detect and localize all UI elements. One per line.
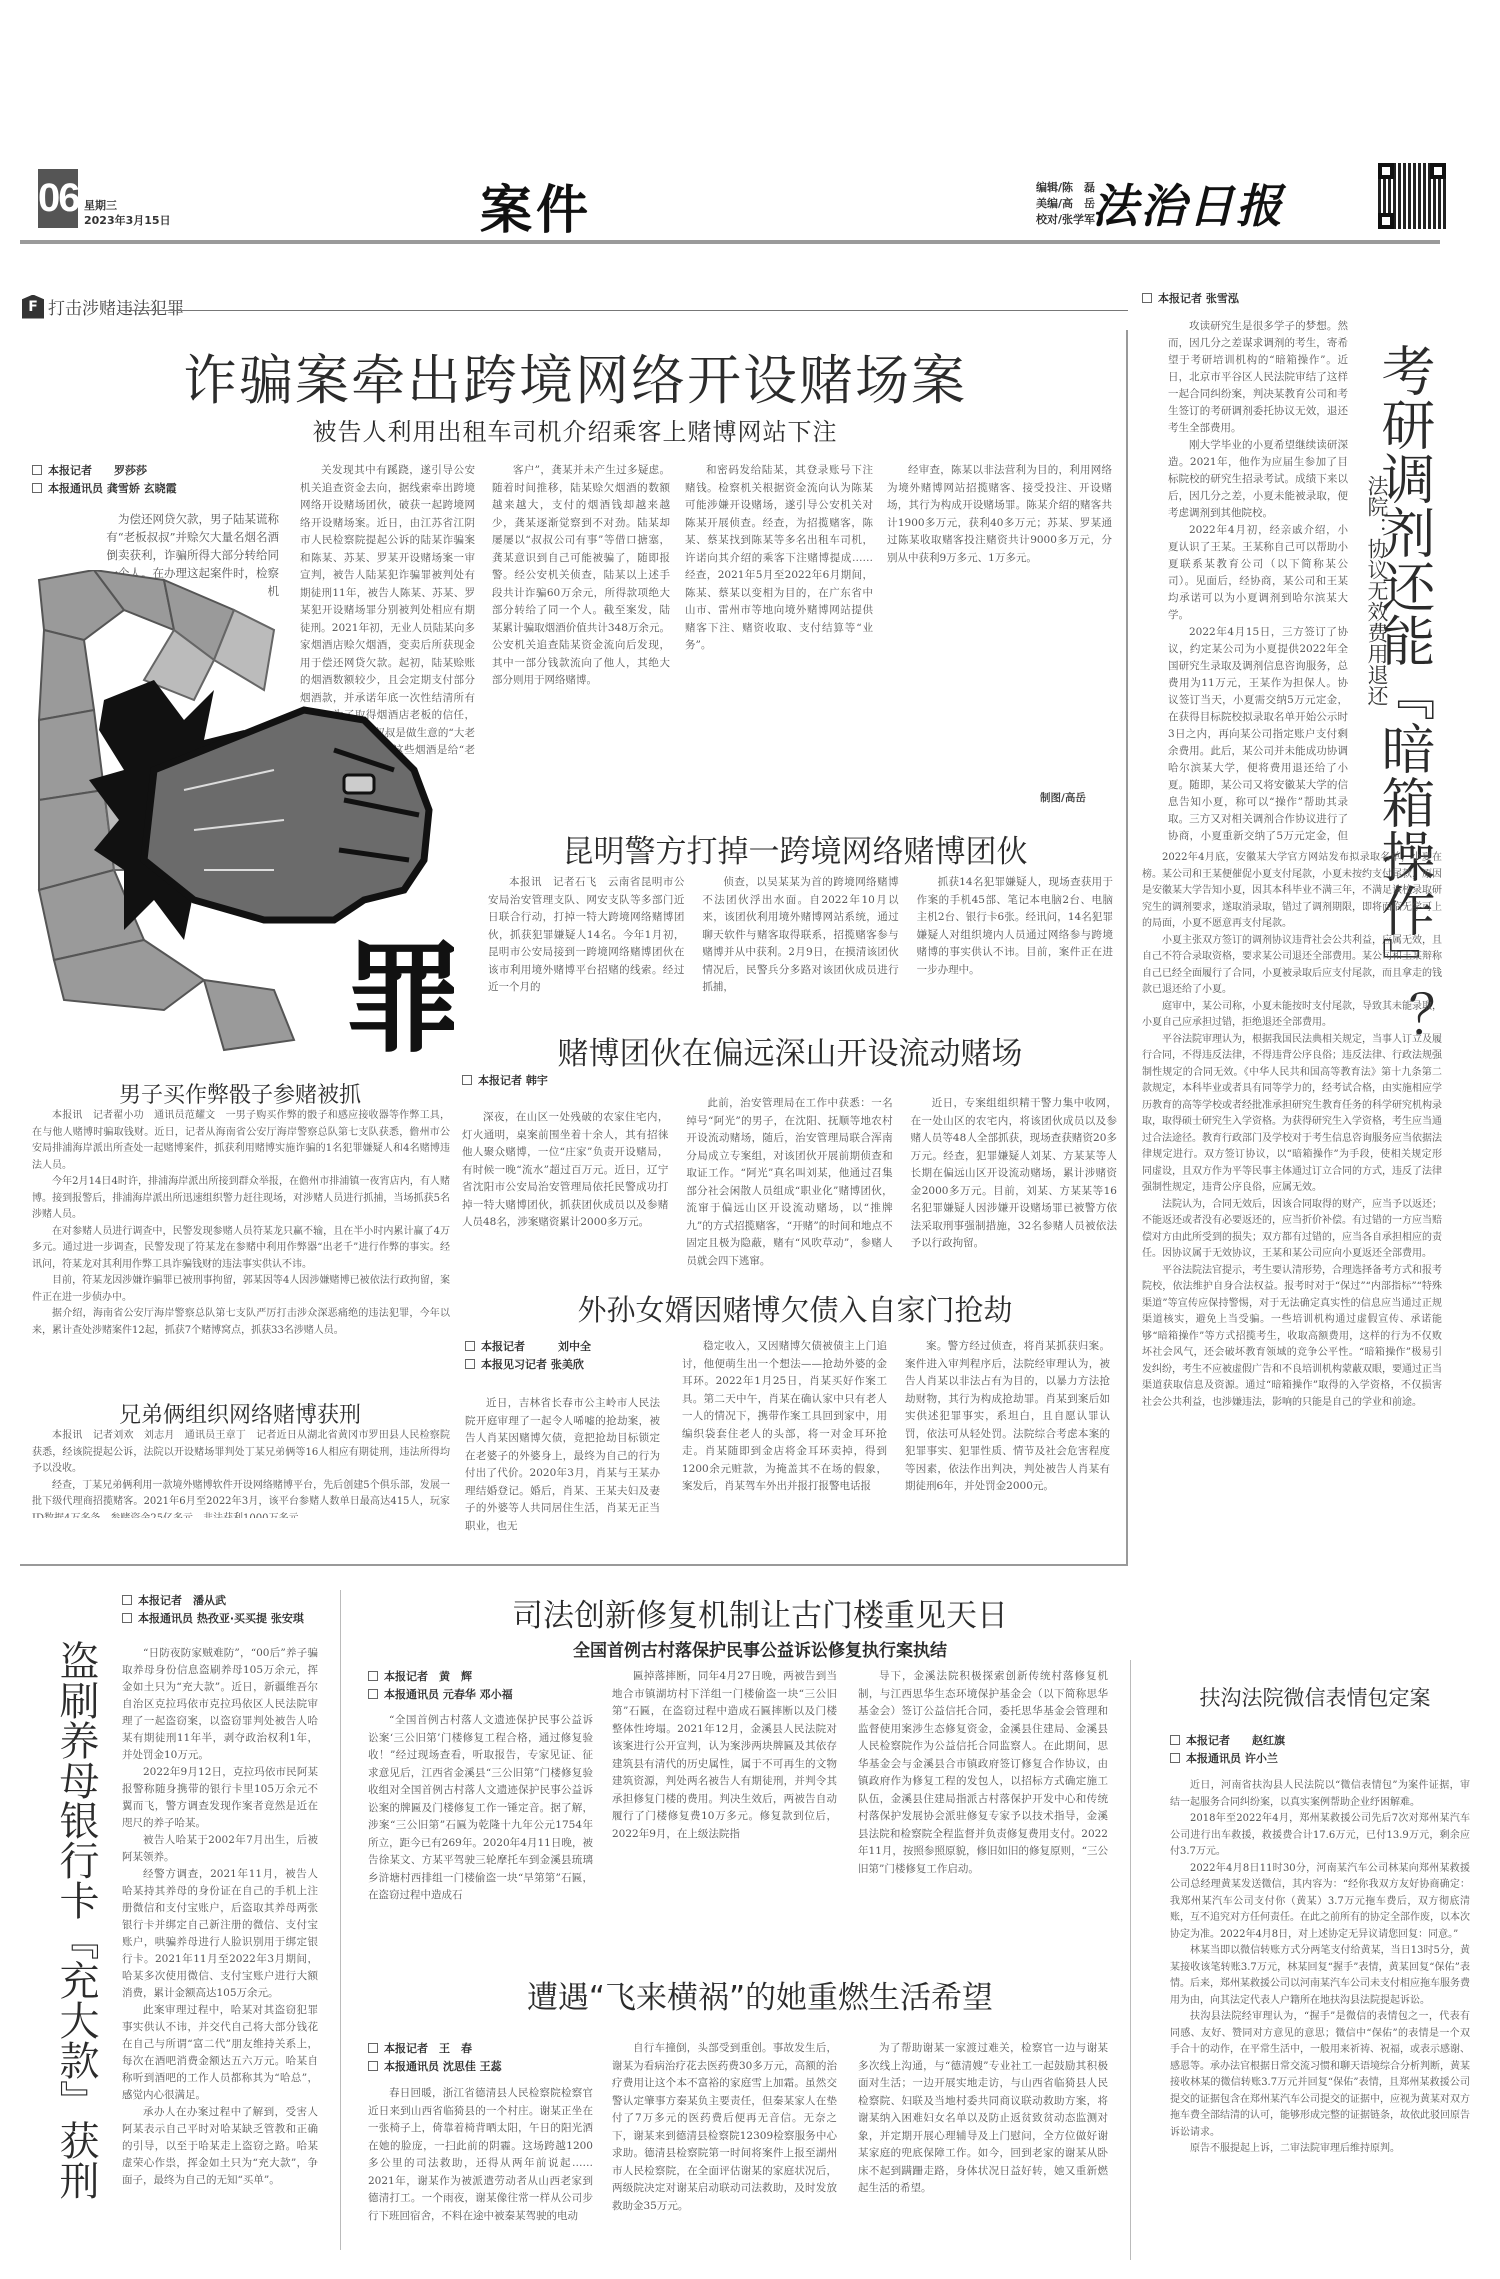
proofreader: 校对/张学军 [1036,212,1095,228]
lead-column-4: 经审查，陈某以非法营利为目的，利用网络为境外赌博网站招揽赌客、接受投注、开设赌场… [887,462,1112,772]
mobile-casino-headline: 赌博团伙在偏远深山开设流动赌场 [460,1028,1120,1073]
byline: 本报记者 黄 辉 [368,1668,513,1686]
rubric-f-icon: F [22,295,44,319]
lead-subheadline: 被告人利用出租车司机介绍乘客上赌博网站下注 [125,412,1025,447]
accident-headline: 遭遇“飞来横祸”的她重燃生活希望 [380,1972,1140,2017]
byline: 本报记者 刘中全 [465,1338,591,1356]
accident-column-3: 为了帮助谢某一家渡过难关，检察官一边与谢某多次线上沟通，与“德清嫂”专业社工一起… [858,2040,1108,2240]
theft-body: “日防夜防家贼难防”，“00后”养子骗取养母身份信息盗刷养母105万余元，挥金如… [122,1645,318,2195]
dice-body: 本报讯 记者翟小功 通讯员范耀文 一男子购买作弊的骰子和感应接收器等作弊工具，在… [32,1108,450,1348]
robbery-column-1: 近日，吉林省长春市公主岭市人民法院开庭审理了一起令人唏嘘的抢劫案，被告人肖某因赌… [465,1395,660,1540]
kaoyan-subheadline: 法院：协议无效费用退还 [1365,475,1388,706]
rubric-divider [118,310,1128,311]
byline: 本报记者 潘从武 [122,1592,304,1610]
robbery-column-3: 案。警方经过侦查，将肖某抓获归案。案件进入审判程序后，法院经审理认为，被告人肖某… [905,1338,1110,1538]
rubric-label: 打击涉赌违法犯罪 [48,294,184,319]
accident-column-2: 自行车撞倒，头部受到重创。事故发生后，谢某为看病治疗花去医药费30多万元，高额的… [612,2040,837,2240]
lead-headline: 诈骗案牵出跨境网络开设赌场案 [125,338,1025,415]
editor-credits: 编辑/陈 磊 美编/高 岳 校对/张学军 [1036,180,1095,228]
column-divider [340,1590,341,2250]
theft-bylines: 本报记者 潘从武 本报通讯员 热孜亚·买买提 张安琪 [122,1592,304,1628]
emoji-headline: 扶沟法院微信表情包定案 [1150,1682,1480,1712]
section-title: 案件 [480,168,592,243]
byline: 本报通讯员 许小兰 [1170,1750,1285,1768]
lead-column-3: 和密码发给陆某，其登录账号下注赌钱。检察机关根据资金流向认为陈某可能涉嫌开设赌场… [685,462,873,782]
robbery-bylines: 本报记者 刘中全 本报见习记者 张美欣 [465,1338,591,1374]
robbery-column-2: 稳定收入，又因赌博欠债被债主上门追讨，他便萌生出一个想法——抢劫外婆的金耳环。2… [682,1338,887,1538]
newspaper-logo: 法治日报 [1092,170,1284,236]
mobile-casino-byline: 本报记者 韩宇 [462,1072,548,1090]
brothers-body: 本报讯 记者刘欢 刘志月 通讯员王章丁 记者近日从湖北省黄冈市罗田县人民检察院获… [32,1428,450,1518]
stamp-text: 罪 [344,930,454,1069]
theft-headline: 盗刷养母银行卡『充大款』获刑 [55,1640,97,2200]
kunming-headline: 昆明警方打掉一跨境网络赌博团伙 [470,826,1120,871]
qr-code-icon[interactable] [1378,163,1446,229]
illustration-credit: 制图/高岳 [1040,790,1086,808]
byline: 本报通讯员 沈思佳 王蕊 [368,2058,502,2076]
masthead-rule [20,240,1440,244]
page-number: 06 [38,169,78,228]
editor: 编辑/陈 磊 [1036,180,1095,196]
weekday: 星期三 [84,198,171,213]
gate-headline: 司法创新修复机制让古门楼重见天日 [380,1590,1140,1635]
lead-bylines: 本报记者 罗莎莎 本报通讯员 龚雪娇 玄晓霞 [32,462,177,498]
emoji-bylines: 本报记者 赵红旗 本报通讯员 许小兰 [1170,1732,1285,1768]
byline: 本报通讯员 龚雪娇 玄晓霞 [32,480,177,498]
robbery-headline: 外孙女婿因赌博欠债入自家门抢劫 [470,1288,1120,1329]
column-divider [1130,1660,1131,2260]
date: 2023年3月15日 [84,213,171,228]
issue-date: 星期三 2023年3月15日 [84,198,171,228]
byline: 本报见习记者 张美欣 [465,1356,591,1374]
accident-column-1: 春日回暖，浙江省德清县人民检察院检察官近日来到山西省临猗县的一个村庄。谢某正坐在… [368,2085,593,2240]
kunming-column: 抓获14名犯罪嫌疑人，现场查获用于作案的手机45部、笔记本电脑2台、电脑主机2台… [917,874,1113,1004]
gate-column-2: 匾掉落摔断，同年4月27日晚，两被告到当地合市镇湖坊村下洋组一门楼偷盗一块“三公… [612,1668,837,1948]
byline: 本报记者 赵红旗 [1170,1732,1285,1750]
kunming-body: 本报讯 记者石飞 云南省昆明市公安局治安管理支队、网安支队等多部门近日联合行动，… [488,874,1113,1004]
gate-column-1: “全国首例古村落人文遗迹保护民事公益诉讼案‘三公旧第’门楼修复工程合格，通过修复… [368,1712,593,1947]
mobile-casino-body: 深夜，在山区一处残破的农家住宅内，灯火通明，桌案前围坐着十余人，其有招徕他人聚众… [462,1095,1117,1275]
brothers-headline: 兄弟俩组织网络赌博获刑 [30,1398,450,1429]
art-editor: 美编/高 岳 [1036,196,1095,212]
kaoyan-byline: 本报记者 张雪泓 [1142,290,1239,308]
gate-subheadline: 全国首例古村落保护民事公益诉讼修复执行案执结 [380,1636,1140,1661]
byline: 本报记者 罗莎莎 [32,462,177,480]
kaoyan-body-top: 攻读研究生是很多学子的梦想。然而，因几分之差谋求调剂的考生，寄希望于考研培训机构… [1168,318,1348,843]
crime-stamp-glyph: 罪 [344,930,454,1069]
kunming-column: 本报讯 记者石飞 云南省昆明市公安局治安管理支队、网安支队等多部门近日联合行动，… [488,874,684,1004]
byline: 本报通讯员 元春华 邓小福 [368,1686,513,1704]
section-rubric: F 打击涉赌违法犯罪 [22,294,184,319]
gate-column-3: 导下，金溪法院积极探索创新传统村落修复机制，与江西思华生态环境保护基金会（以下简… [858,1668,1108,1948]
emoji-body: 近日，河南省扶沟县人民法院以“微信表情包”为案件证据，审结一起服务合同纠纷案，以… [1170,1778,1470,2238]
byline: 本报通讯员 热孜亚·买买提 张安琪 [122,1610,304,1628]
accident-bylines: 本报记者 王 春 本报通讯员 沈思佳 王蕊 [368,2040,502,2076]
gate-bylines: 本报记者 黄 辉 本报通讯员 元春华 邓小福 [368,1668,513,1704]
byline: 本报记者 王 春 [368,2040,502,2058]
kaoyan-body-bottom: 2022年4月底，安徽某大学官方网站发布拟录取名单，小夏在榜。某公司和王某便催促… [1142,850,1442,1640]
fist-punching-wall-illustration: 罪 [34,570,454,1070]
dice-headline: 男子买作弊骰子参赌被抓 [30,1078,450,1109]
lead-column-2: 客户”，龚某并未产生过多疑虑。随着时间推移，陆某赊欠烟酒的数额越来越大，支付的烟… [492,462,670,782]
kunming-column: 侦查，以吴某某为首的跨境网络赌博不法团伙浮出水面。自2022年10月以来，该团伙… [702,874,898,1004]
